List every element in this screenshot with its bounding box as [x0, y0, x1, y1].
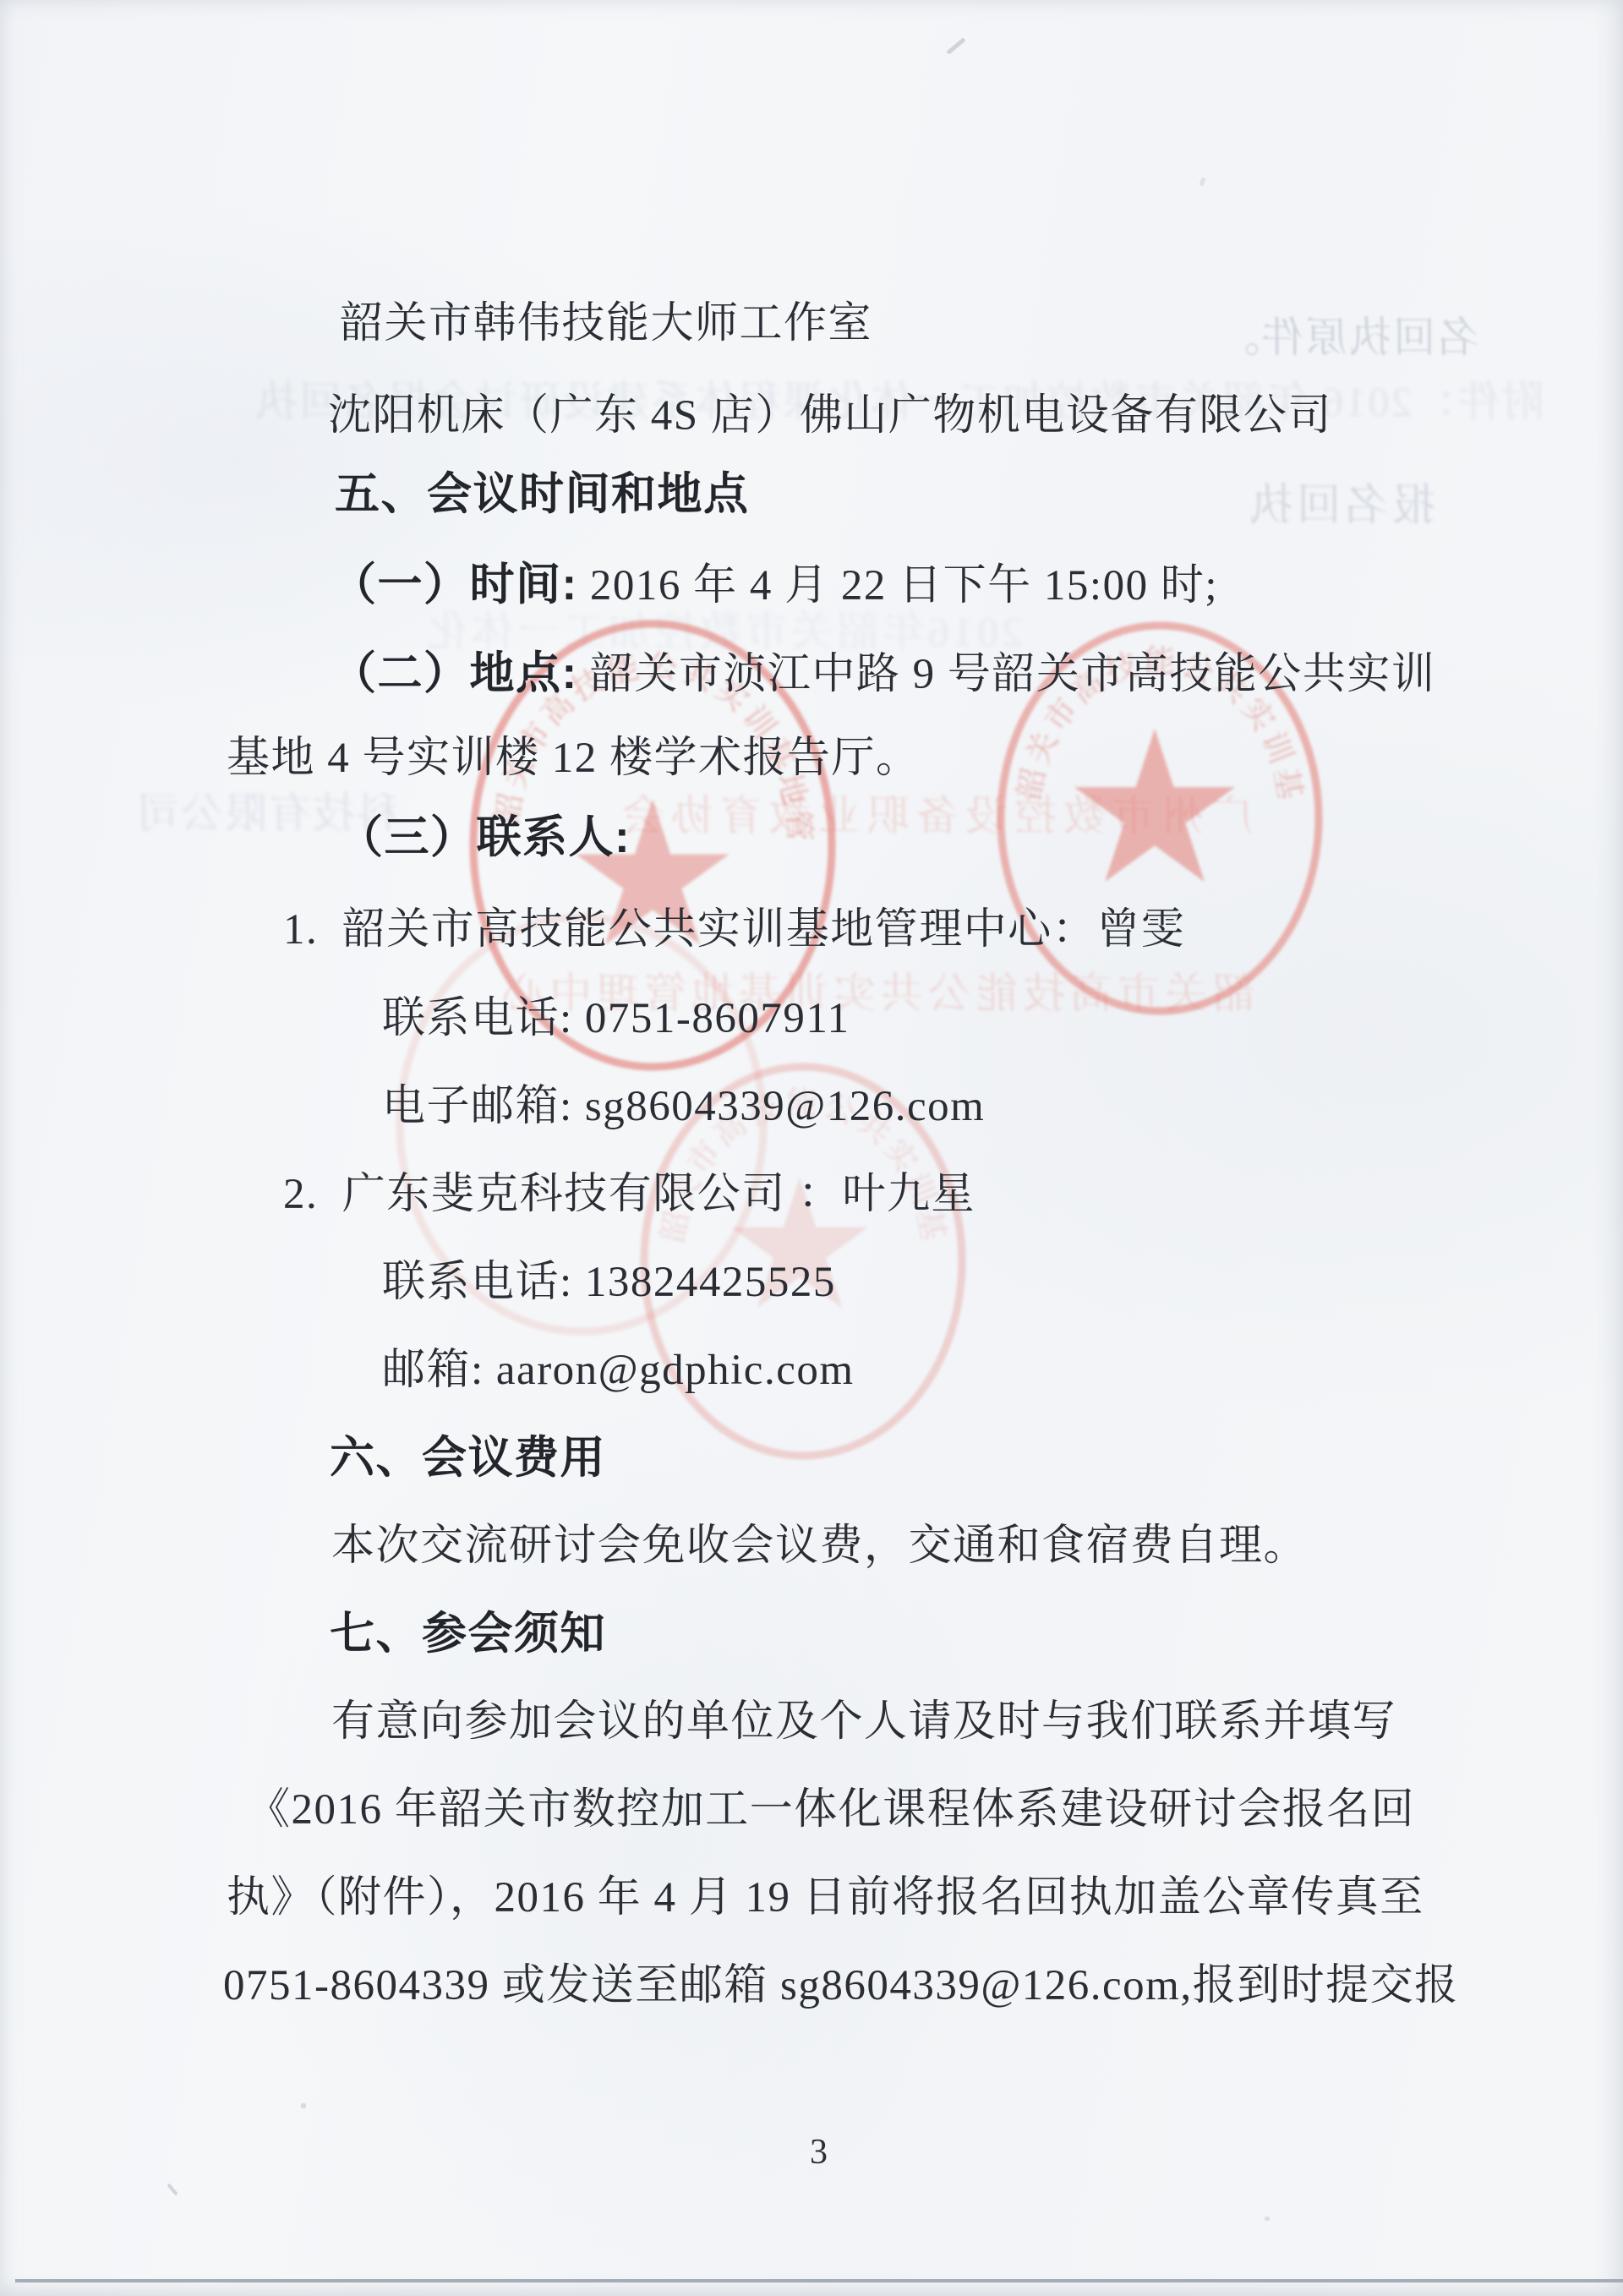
time-line: （一）时间: 2016 年 4 月 22 日下午 15:00 时; [331, 558, 1218, 613]
heading-contacts-seg-0: （三）联系人: [338, 812, 631, 862]
place-line-cont: 基地 4 号实训楼 12 楼学术报告厅。 [227, 731, 921, 785]
time-line-seg-0: （一）时间: [331, 560, 578, 610]
place-line-cont-seg-0: 基地 4 号实训楼 12 楼学术报告厅。 [227, 735, 921, 782]
notice-line-1-seg-0: 有意向参加会议的单位及个人请及时与我们联系并填写 [331, 1698, 1396, 1746]
paper-speck-0 [946, 37, 965, 55]
bleed-red-org-1: 广州市数控设备职业教育协会 [615, 790, 1253, 841]
contact-1-phone-seg-0: 联系电话: 0751-8607911 [382, 995, 850, 1042]
notice-line-3-seg-0: 执》（附件），2016 年 4 月 19 日前将报名回执加盖公章传真至 [227, 1874, 1424, 1922]
contact-2-phone: 联系电话: 13824425525 [382, 1255, 836, 1309]
stamp-top-right-arc-text: 韶关市高技能公共实训基地管理中心 [989, 614, 1309, 806]
fee-line-seg-0: 本次交流研讨会免收会议费，交通和食宿费自理。 [331, 1522, 1308, 1570]
stamp-top-right-star-icon [1074, 729, 1235, 882]
unit-line-workshop-seg-0: 韶关市韩伟技能大师工作室 [340, 300, 872, 347]
paper-speck-3 [1265, 2217, 1270, 2221]
contact-2-email: 邮箱: aaron@gdphic.com [382, 1343, 855, 1397]
contact-2-name: 2. 广东斐克科技有限公司 ：叶九星 [283, 1167, 975, 1222]
heading-section-5-seg-0: 五、会议时间和地点 [335, 469, 750, 519]
heading-section-5: 五、会议时间和地点 [335, 467, 750, 522]
place-line-seg-1: 韶关市浈江中路 9 号韶关市高技能公共实训 [578, 651, 1436, 698]
contact-2-phone-seg-0: 联系电话: 13824425525 [382, 1259, 836, 1306]
unit-line-company: 沈阳机床（广东 4S 店）佛山广物机电设备有限公司 [328, 389, 1332, 443]
notice-line-4: 0751-8604339 或发送至邮箱 sg8604339@126.com,报到… [223, 1959, 1459, 2013]
contact-1-name: 1. 韶关市高技能公共实训基地管理中心：曾雯 [283, 903, 1185, 957]
place-line: （二）地点: 韶关市浈江中路 9 号韶关市高技能公共实训 [331, 647, 1435, 702]
time-line-seg-1: 2016 年 4 月 22 日下午 15:00 时; [578, 562, 1218, 610]
paper-speck-1 [301, 2103, 306, 2108]
fee-line: 本次交流研讨会免收会议费，交通和食宿费自理。 [331, 1519, 1308, 1573]
notice-line-2: 《2016 年韶关市数控加工一体化课程体系建设研讨会报名回 [247, 1783, 1415, 1837]
bleed-gray-reply-slip: 报名回执 [1246, 480, 1435, 533]
contact-2-name-seg-0: 2. 广东斐克科技有限公司 ：叶九星 [283, 1171, 975, 1218]
heading-section-6-seg-0: 六、会议费用 [330, 1433, 606, 1483]
contact-1-name-seg-0: 1. 韶关市高技能公共实训基地管理中心：曾雯 [283, 906, 1185, 954]
unit-line-company-seg-0: 沈阳机床（广东 4S 店）佛山广物机电设备有限公司 [328, 392, 1332, 440]
heading-section-6: 六、会议费用 [330, 1431, 606, 1486]
heading-contacts: （三）联系人: [338, 811, 631, 866]
contact-2-email-seg-0: 邮箱: aaron@gdphic.com [382, 1347, 855, 1394]
unit-line-workshop: 韶关市韩伟技能大师工作室 [340, 297, 872, 351]
contact-1-email: 电子邮箱: sg8604339@126.com [382, 1080, 985, 1134]
heading-section-7-seg-0: 七、参会须知 [330, 1609, 606, 1659]
bleed-gray-receipt-original: 名回执原件。 [1216, 312, 1479, 363]
notice-line-2-seg-0: 《2016 年韶关市数控加工一体化课程体系建设研讨会报名回 [247, 1786, 1415, 1834]
contact-1-email-seg-0: 电子邮箱: sg8604339@126.com [382, 1083, 985, 1130]
svg-text:韶关市高技能公共实训基地管理中心: 韶关市高技能公共实训基地管理中心 [989, 614, 1309, 806]
heading-section-7: 七、参会须知 [330, 1607, 606, 1662]
paper-speck-2 [167, 2184, 178, 2196]
scanned-document-page: 名回执原件。附件：2016 年韶关市数控加工一体化课程体系建设研讨会报名回执报名… [0, 0, 1623, 2296]
paper-speck-4 [1199, 177, 1205, 186]
notice-line-4-seg-0: 0751-8604339 或发送至邮箱 sg8604339@126.com,报到… [223, 1962, 1459, 2009]
scan-bottom-edge [15, 2279, 1623, 2282]
notice-line-3: 执》（附件），2016 年 4 月 19 日前将报名回执加盖公章传真至 [227, 1871, 1424, 1925]
notice-line-1: 有意向参加会议的单位及个人请及时与我们联系并填写 [331, 1695, 1396, 1749]
contact-1-phone: 联系电话: 0751-8607911 [382, 992, 850, 1046]
page-number: 3 [810, 2132, 828, 2173]
place-line-seg-0: （二）地点: [331, 648, 578, 698]
